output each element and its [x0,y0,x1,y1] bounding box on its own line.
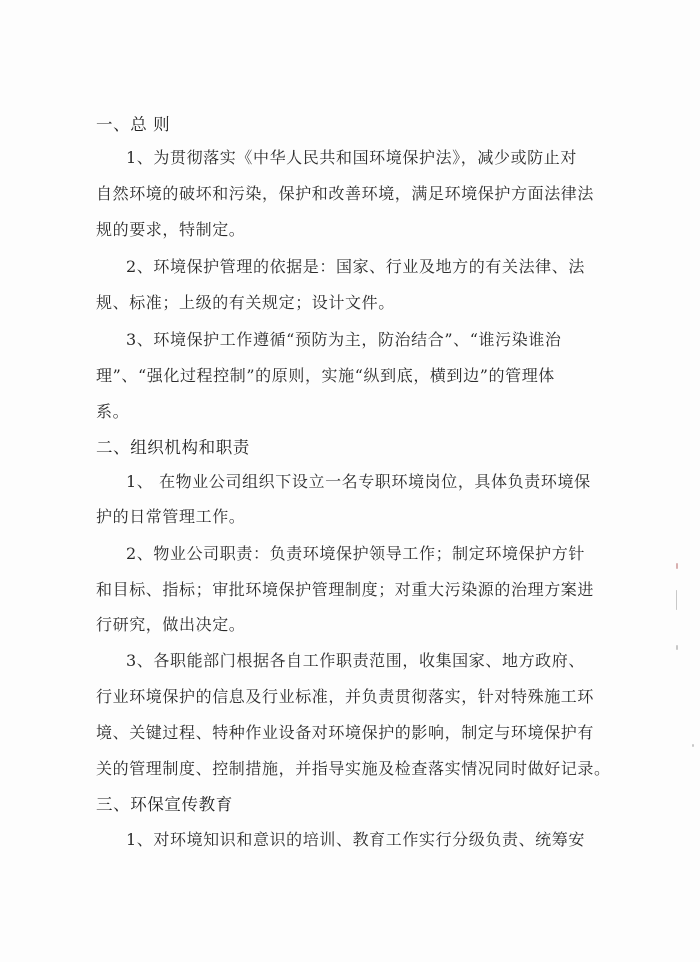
scan-speck [676,645,678,650]
scan-speck [676,590,677,610]
paragraph-line: 和目标、指标；审批环境保护管理制度；对重大污染源的治理方案进 [96,580,542,600]
paragraph-line: 规的要求，特制定。 [96,220,542,240]
document-page: 一、总 则 1、为贯彻落实《中华人民共和国环境保护法》，减少或防止对 自然环境的… [0,0,700,962]
scan-speck [692,744,694,747]
section-heading-organization: 二、组织机构和职责 [96,438,542,458]
paragraph-line: 2、环境保护管理的依据是：国家、行业及地方的有关法律、法 [126,257,542,277]
paragraph-line: 理”、“强化过程控制”的原则，实施“纵到底，横到边”的管理体 [96,366,542,386]
paragraph-line: 2、物业公司职责：负责环境保护领导工作；制定环境保护方针 [126,544,542,564]
paragraph-line: 规、标准；上级的有关规定；设计文件。 [96,293,542,313]
paragraph-line: 护的日常管理工作。 [96,507,542,527]
section-heading-education: 三、环保宣传教育 [96,795,542,815]
paragraph-line: 行业环境保护的信息及行业标准，并负责贯彻落实，针对特殊施工环 [96,687,542,707]
paragraph-line: 3、各职能部门根据各自工作职责范围，收集国家、地方政府、 [126,651,542,671]
paragraph-line: 3、环境保护工作遵循“预防为主，防治结合”、“谁污染谁治 [126,330,542,350]
scan-speck [676,563,678,569]
paragraph-line: 自然环境的破坏和污染，保护和改善环境，满足环境保护方面法律法 [96,184,542,204]
paragraph-line: 1、为贯彻落实《中华人民共和国环境保护法》，减少或防止对 [126,148,542,168]
paragraph-line: 1、对环境知识和意识的培训、教育工作实行分级负责、统筹安 [126,830,542,850]
paragraph-line: 行研究，做出决定。 [96,615,542,635]
paragraph-line: 境、关键过程、特种作业设备对环境保护的影响，制定与环境保护有 [96,723,542,743]
section-heading-general: 一、总 则 [96,115,542,135]
paragraph-line: 关的管理制度、控制措施，并指导实施及检查落实情况同时做好记录。 [96,759,542,779]
paragraph-line: 1、 在物业公司组织下设立一名专职环境岗位，具体负责环境保 [126,472,542,492]
paragraph-line: 系。 [96,402,542,422]
